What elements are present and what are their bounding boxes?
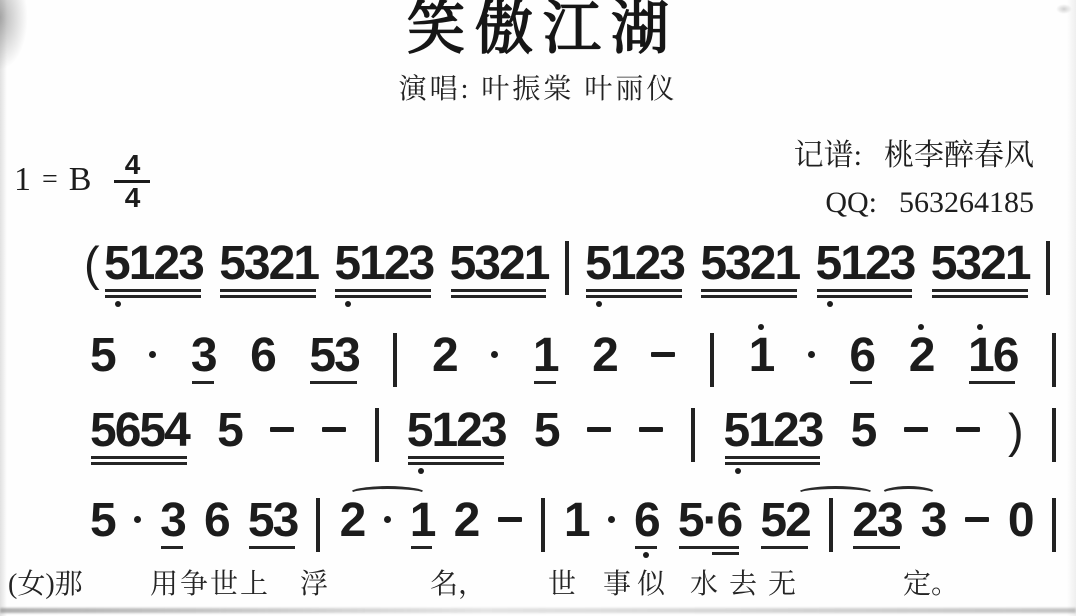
note-digit: 5: [248, 497, 273, 545]
beam-underline: [586, 295, 682, 298]
beam-underline: [451, 295, 547, 298]
note-digit: 3: [244, 240, 269, 288]
note-digit: 3: [481, 407, 506, 455]
augmentation-dot: [808, 351, 815, 358]
barline: [829, 498, 833, 552]
note-digit: 2: [592, 332, 617, 380]
note-digit: 3: [160, 497, 185, 545]
note-digit: 5: [700, 240, 725, 288]
score-line-3: 565455123551235): [90, 407, 1056, 462]
octave-dot-low: [827, 301, 833, 307]
scan-artifact-top-left-smudge: [0, 0, 28, 70]
note-group: 2: [909, 332, 934, 380]
note-group: 3: [191, 332, 216, 380]
note-group: 5123: [334, 240, 433, 288]
note-group: 5123: [724, 407, 823, 455]
note-digit: 5: [851, 407, 876, 455]
note-group: 6: [634, 497, 659, 545]
beam-underline: [408, 462, 504, 465]
note-digit: 2: [635, 240, 660, 288]
note-digit: 2: [750, 240, 775, 288]
beam-underline: [105, 289, 201, 292]
tonic-label: 1: [14, 161, 31, 199]
note-digit: 2: [773, 407, 798, 455]
note-digit: 2: [153, 240, 178, 288]
beam-underline: [932, 295, 1028, 298]
lyric-chunk: 用争世上: [150, 562, 270, 602]
note-group: 1: [533, 332, 558, 380]
note-digit: 1: [359, 240, 384, 288]
note-digit: 5: [760, 497, 785, 545]
beam-underline: [220, 289, 316, 292]
lyric-chunk: 水去无: [690, 562, 807, 602]
note-digit: 5: [450, 240, 475, 288]
note-digit: 5: [816, 240, 841, 288]
note-digit: 2: [852, 497, 877, 545]
beam-underline: [712, 552, 739, 555]
barline: [316, 498, 320, 552]
note-group: 3: [160, 497, 185, 545]
beam-underline: [725, 456, 821, 459]
parenthesis-mark: ): [1008, 407, 1024, 454]
note-group: 6: [250, 332, 275, 380]
qq-label: QQ:: [825, 180, 877, 227]
barline: [541, 498, 545, 552]
note-digit: 1: [564, 497, 589, 545]
beam-underline: [817, 295, 913, 298]
barline: [1046, 241, 1050, 295]
note-digit: 1: [431, 407, 456, 455]
beam-underline: [451, 289, 547, 292]
scan-artifact-top-right-smudge: [1056, 4, 1072, 14]
note-digit: 2: [456, 407, 481, 455]
notator-label: 记谱:: [794, 133, 862, 180]
note-digit: 3: [659, 240, 684, 288]
note-group: 2: [432, 332, 457, 380]
beam-underline: [534, 381, 556, 384]
beam-underline: [335, 295, 431, 298]
barline: [393, 333, 397, 387]
barline: [1052, 333, 1056, 387]
meter-numerator: 4: [125, 152, 141, 178]
note-digit: 3: [409, 240, 434, 288]
note-group: 5: [534, 407, 559, 455]
note-digit: 6: [115, 407, 140, 455]
sheet-music-page: 笑傲江湖 演唱: 叶振棠 叶丽仪 1 = B 4 4 记谱: 桃李醉春风 QQ:…: [0, 0, 1076, 616]
note-digit: 2: [980, 240, 1005, 288]
octave-dot-low: [643, 552, 649, 558]
octave-dot-low: [596, 301, 602, 307]
performers-line: 演唱: 叶振棠 叶丽仪: [0, 67, 1076, 107]
scan-artifact-left-edge: [0, 0, 7, 616]
note-group: 5123: [585, 240, 684, 288]
beam-underline: [220, 295, 316, 298]
note-group: 53: [248, 497, 297, 545]
dash-duration-mark: [498, 517, 522, 522]
note-group: 5654: [90, 407, 189, 455]
note-digit: 2: [865, 240, 890, 288]
scan-artifact-right-edge: [1067, 0, 1076, 616]
note-group: 2: [592, 332, 617, 380]
note-group: 1: [410, 497, 435, 545]
note-digit: 2: [384, 240, 409, 288]
dash-duration-mark: [322, 427, 346, 432]
note-digit: 5: [219, 240, 244, 288]
note-group: 1: [749, 332, 774, 380]
note-digit: 1: [129, 240, 154, 288]
note-digit: 2: [909, 332, 934, 380]
note-digit: 3: [798, 407, 823, 455]
note-group: 5321: [450, 240, 549, 288]
beam-underline: [761, 546, 807, 549]
song-title: 笑傲江湖: [0, 0, 1076, 58]
note-digit: 5: [104, 240, 129, 288]
note-digit: 2: [432, 332, 457, 380]
beam-underline: [635, 546, 657, 549]
note-digit: 5: [139, 407, 164, 455]
note-group: 5321: [700, 240, 799, 288]
note-group: 5123: [104, 240, 203, 288]
beam-underline: [853, 546, 899, 549]
key-letter: B: [69, 161, 92, 199]
note-digit: 5: [931, 240, 956, 288]
note-group: 6: [849, 332, 874, 380]
note-digit: 3: [890, 240, 915, 288]
beam-underline: [725, 462, 821, 465]
note-digit: 1: [840, 240, 865, 288]
note-group: 5: [90, 332, 115, 380]
note-group: 0: [1008, 497, 1033, 545]
barline: [710, 333, 714, 387]
note-digit: 6: [204, 497, 229, 545]
note-digit: 6: [717, 497, 742, 545]
dash-duration-mark: [651, 352, 675, 357]
beam-underline: [850, 381, 872, 384]
lyric-chunk: (女)那: [8, 562, 83, 602]
beam-underline: [91, 456, 187, 459]
note-digit: 6: [250, 332, 275, 380]
barline: [375, 408, 379, 462]
note-group: 5321: [931, 240, 1030, 288]
dash-duration-mark: [956, 427, 980, 432]
augmentation-dot: ·: [703, 497, 717, 545]
octave-dot-low: [345, 301, 351, 307]
note-digit: 3: [955, 240, 980, 288]
beam-underline: [932, 289, 1028, 292]
meter-denominator: 4: [125, 185, 141, 211]
beam-underline: [91, 462, 187, 465]
augmentation-dot: [149, 351, 156, 358]
score-line-1: (51235321512353215123532151235321: [84, 240, 1050, 295]
beam-underline: [161, 546, 183, 549]
parenthesis-mark: (: [84, 240, 100, 287]
slur-arc: [881, 486, 936, 501]
note-digit: 1: [968, 332, 993, 380]
note-digit: 5: [334, 240, 359, 288]
note-digit: 1: [410, 497, 435, 545]
note-digit: 3: [273, 497, 298, 545]
note-group: 5: [217, 407, 242, 455]
lyric-chunk: 浮: [300, 562, 328, 602]
beam-underline: [969, 381, 1015, 384]
note-digit: 3: [178, 240, 203, 288]
key-signature: 1 = B 4 4: [14, 150, 150, 211]
note-digit: 5: [90, 407, 115, 455]
qq-line: QQ: 563264185: [794, 180, 1034, 227]
note-digit: 1: [293, 240, 318, 288]
dash-duration-mark: [639, 427, 663, 432]
augmentation-dot: [491, 351, 498, 358]
scan-artifact-bottom-edge: [0, 608, 1076, 613]
lyric-chunk: 定。: [903, 562, 959, 602]
beam-underline: [335, 289, 431, 292]
note-digit: 5: [217, 407, 242, 455]
note-group: 2: [340, 497, 365, 545]
note-digit: 2: [454, 497, 479, 545]
lyric-chunk: 世: [548, 562, 576, 602]
note-digit: 2: [785, 497, 810, 545]
octave-dot-low: [418, 468, 424, 474]
time-signature: 4 4: [114, 152, 150, 211]
note-digit: 2: [340, 497, 365, 545]
beam-underline: [408, 456, 504, 459]
augmentation-dot: [608, 516, 615, 523]
note-group: 52: [760, 497, 809, 545]
note-group: 5: [90, 497, 115, 545]
note-digit: 5: [309, 332, 334, 380]
note-digit: 6: [849, 332, 874, 380]
note-group: 3: [921, 497, 946, 545]
note-digit: 1: [533, 332, 558, 380]
notator-line: 记谱: 桃李醉春风: [794, 133, 1034, 180]
beam-underline: [310, 381, 356, 384]
note-digit: 1: [524, 240, 549, 288]
beam-underline: [679, 546, 739, 549]
beam-underline: [105, 295, 201, 298]
note-digit: 5: [585, 240, 610, 288]
barline: [1052, 498, 1056, 552]
slur-arc: [797, 486, 874, 501]
equals-sign: =: [40, 164, 60, 196]
beam-underline: [817, 289, 913, 292]
note-digit: 2: [499, 240, 524, 288]
lyric-chunk: 事似: [603, 562, 671, 602]
dash-duration-mark: [904, 427, 928, 432]
note-digit: 5: [724, 407, 749, 455]
note-group: 5123: [407, 407, 506, 455]
dash-duration-mark: [965, 517, 989, 522]
credits-block: 记谱: 桃李醉春风 QQ: 563264185: [794, 133, 1034, 226]
note-digit: 5: [90, 497, 115, 545]
note-group: 1: [564, 497, 589, 545]
note-group: 6: [204, 497, 229, 545]
augmentation-dot: [134, 516, 141, 523]
octave-dot-low: [115, 301, 121, 307]
note-digit: 5: [678, 497, 703, 545]
note-digit: 3: [474, 240, 499, 288]
note-digit: 5: [534, 407, 559, 455]
note-digit: 1: [1005, 240, 1030, 288]
note-digit: 5: [407, 407, 432, 455]
note-group: 5: [851, 407, 876, 455]
note-digit: 3: [191, 332, 216, 380]
note-group: 16: [968, 332, 1017, 380]
note-digit: 5: [90, 332, 115, 380]
dash-duration-mark: [587, 427, 611, 432]
barline: [1052, 408, 1056, 462]
note-digit: 1: [748, 407, 773, 455]
note-digit: 1: [749, 332, 774, 380]
beam-underline: [701, 295, 797, 298]
note-digit: 3: [921, 497, 946, 545]
dash-duration-mark: [270, 427, 294, 432]
beam-underline: [192, 381, 214, 384]
beam-underline: [411, 546, 433, 549]
notator-name: 桃李醉春风: [884, 133, 1034, 180]
note-digit: 2: [269, 240, 294, 288]
note-group: 5321: [219, 240, 318, 288]
augmentation-dot: [384, 516, 391, 523]
beam-underline: [586, 289, 682, 292]
score-line-2: 5365321216216: [90, 332, 1056, 387]
note-digit: 3: [334, 332, 359, 380]
note-digit: 1: [774, 240, 799, 288]
octave-dot-low: [735, 468, 741, 474]
note-group: 5123: [816, 240, 915, 288]
note-digit: 6: [634, 497, 659, 545]
note-digit: 4: [164, 407, 189, 455]
note-digit: 1: [610, 240, 635, 288]
beam-underline: [701, 289, 797, 292]
note-digit: 0: [1008, 497, 1033, 545]
note-group: 2: [454, 497, 479, 545]
note-digit: 3: [725, 240, 750, 288]
note-group: 5·6: [678, 497, 741, 545]
beam-underline: [249, 546, 295, 549]
note-digit: 3: [877, 497, 902, 545]
qq-number: 563264185: [899, 180, 1034, 227]
note-group: 53: [309, 332, 358, 380]
score-line-4: 53653212165·6522330: [90, 497, 1056, 552]
barline: [691, 408, 695, 462]
barline: [565, 241, 569, 295]
lyric-chunk: 名，: [430, 562, 486, 602]
note-group: 23: [852, 497, 901, 545]
slur-arc: [349, 486, 427, 501]
note-digit: 6: [993, 332, 1018, 380]
